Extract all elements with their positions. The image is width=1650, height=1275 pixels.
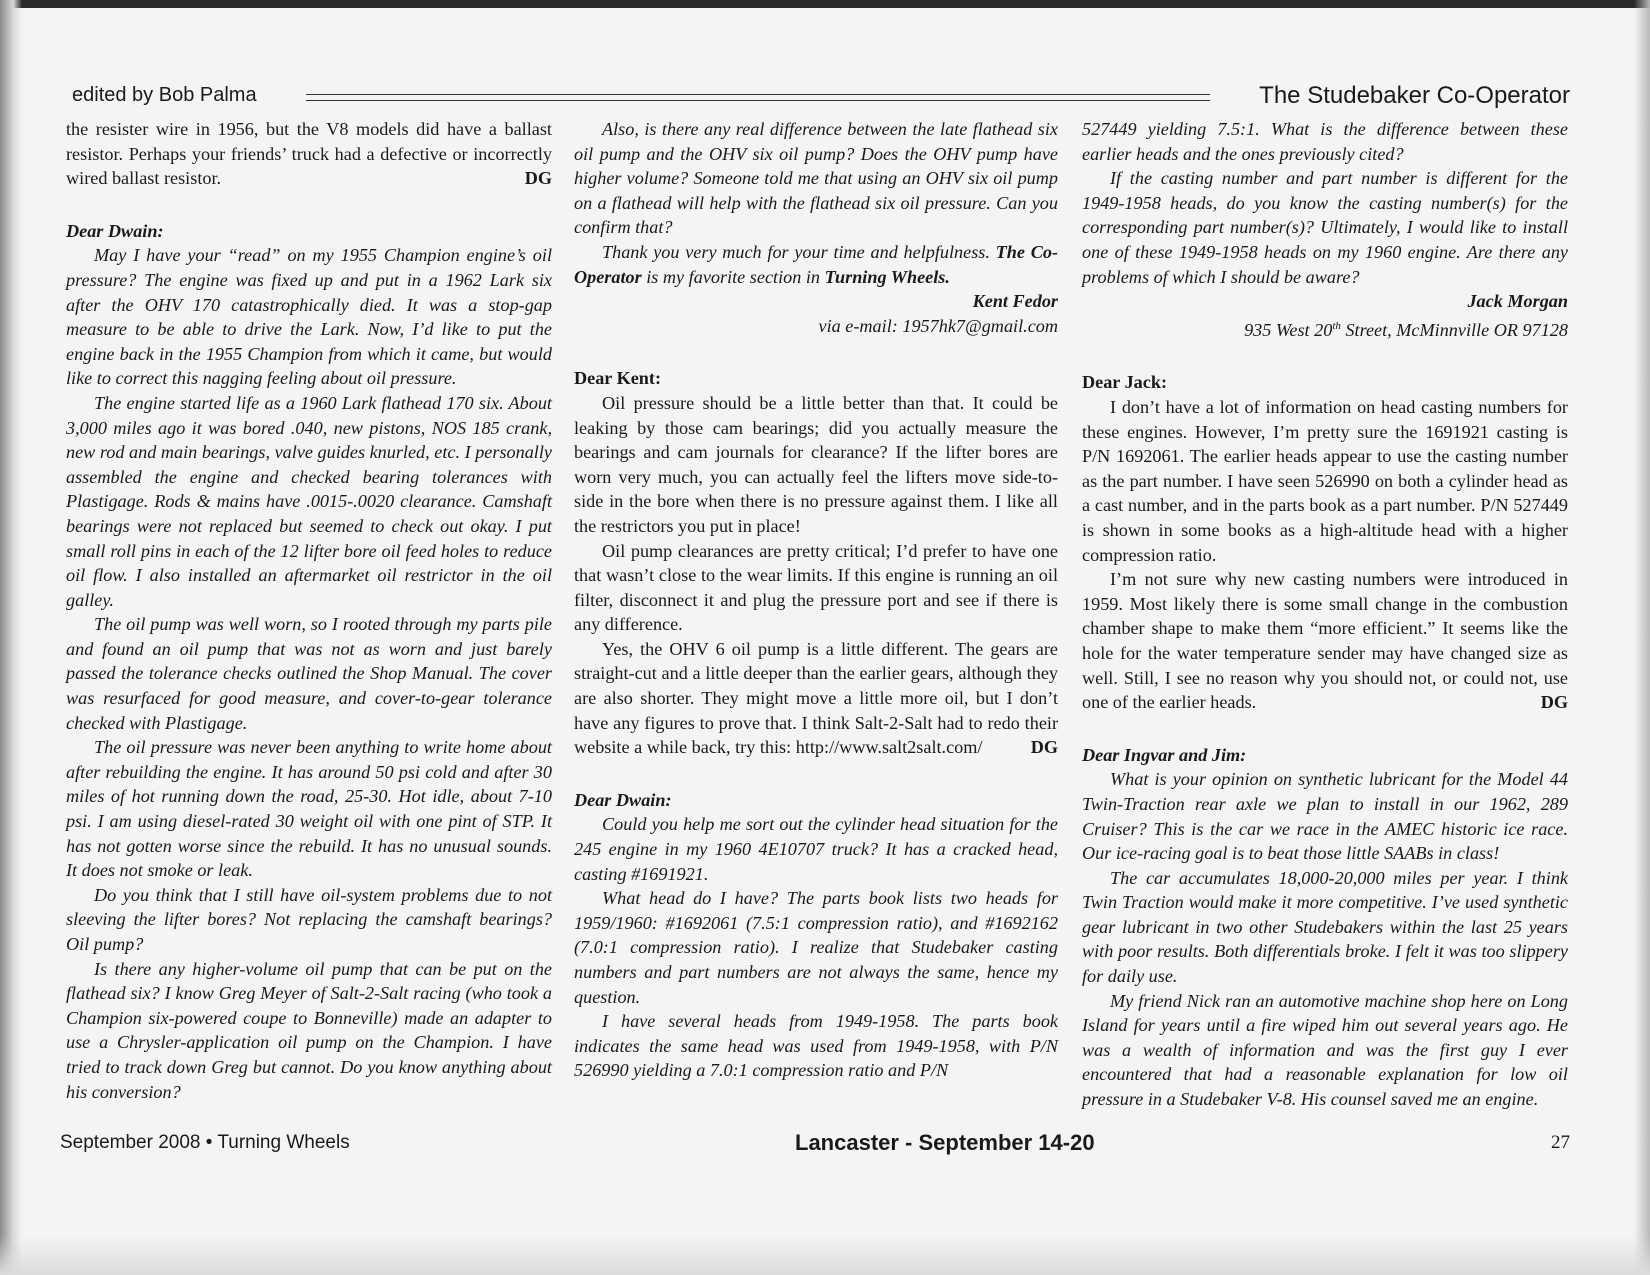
scan-binding-shadow [0,0,22,1275]
letter-paragraph: 527449 yielding 7.5:1. What is the diffe… [1082,117,1568,166]
letter-paragraph: The car accumulates 18,000-20,000 miles … [1082,866,1568,989]
publication-name: Turning Wheels. [825,267,950,287]
column-title: The Studebaker Co-Operator [1259,82,1570,110]
letter-address: 935 West 20th Street, McMinnville OR 971… [1082,314,1568,343]
page-footer: September 2008 • Turning Wheels Lancaste… [60,1132,1570,1162]
letter-paragraph: Do you think that I still have oil-syste… [66,883,552,957]
column-3: 527449 yielding 7.5:1. What is the diffe… [1082,117,1568,1112]
reply-paragraph: Yes, the OHV 6 oil pump is a little diff… [574,637,1058,760]
answer-signature: DG [1513,690,1568,715]
letter-paragraph: The oil pump was well worn, so I rooted … [66,612,552,735]
letter-paragraph: The engine started life as a 1960 Lark f… [66,391,552,612]
letter-paragraph: May I have your “read” on my 1955 Champi… [66,243,552,391]
scan-bottom-edge [0,1235,1650,1275]
letter-salutation: Dear Dwain: [66,219,552,244]
letter-paragraph: Could you help me sort out the cylinder … [574,812,1058,886]
letter-paragraph: If the casting number and part number is… [1082,166,1568,289]
letter-paragraph: Thank you very much for your time and he… [574,240,1058,289]
answer-signature: DG [525,166,552,191]
event-banner: Lancaster - September 14-20 [795,1130,1095,1156]
letter-salutation: Dear Dwain: [574,788,1058,813]
header-double-rule [306,94,1210,101]
reply-paragraph: Oil pump clearances are pretty critical;… [574,539,1058,637]
letter-paragraph: The oil pressure was never been anything… [66,735,552,883]
letter-paragraph: Is there any higher-volume oil pump that… [66,957,552,1105]
issue-date: September 2008 • Turning Wheels [60,1132,350,1154]
page-number: 27 [1551,1132,1570,1154]
column-1: the resister wire in 1956, but the V8 mo… [66,117,552,1104]
continued-answer: the resister wire in 1956, but the V8 mo… [66,117,552,191]
letter-paragraph: What head do I have? The parts book list… [574,886,1058,1009]
reply-paragraph: I’m not sure why new casting numbers wer… [1082,567,1568,715]
scan-top-edge [0,0,1650,8]
letter-email: via e-mail: 1957hk7@gmail.com [574,314,1058,339]
reply-paragraph: I don’t have a lot of information on hea… [1082,395,1568,567]
column-2: Also, is there any real difference betwe… [574,117,1058,1083]
letter-salutation: Dear Ingvar and Jim: [1082,743,1568,768]
scan-right-edge [1634,0,1650,1275]
letter-paragraph: My friend Nick ran an automotive machine… [1082,989,1568,1112]
letter-paragraph: What is your opinion on synthetic lubric… [1082,767,1568,865]
reply-salutation: Dear Kent: [574,366,1058,391]
letter-paragraph: Also, is there any real difference betwe… [574,117,1058,240]
reply-paragraph: Oil pressure should be a little better t… [574,391,1058,539]
letter-signature: Kent Fedor [574,289,1058,314]
page-header: edited by Bob Palma The Studebaker Co-Op… [72,84,1570,116]
letter-signature: Jack Morgan [1082,289,1568,314]
reply-salutation: Dear Jack: [1082,370,1568,395]
editor-credit: edited by Bob Palma [72,84,257,107]
letter-paragraph: I have several heads from 1949-1958. The… [574,1009,1058,1083]
answer-signature: DG [1003,735,1058,760]
